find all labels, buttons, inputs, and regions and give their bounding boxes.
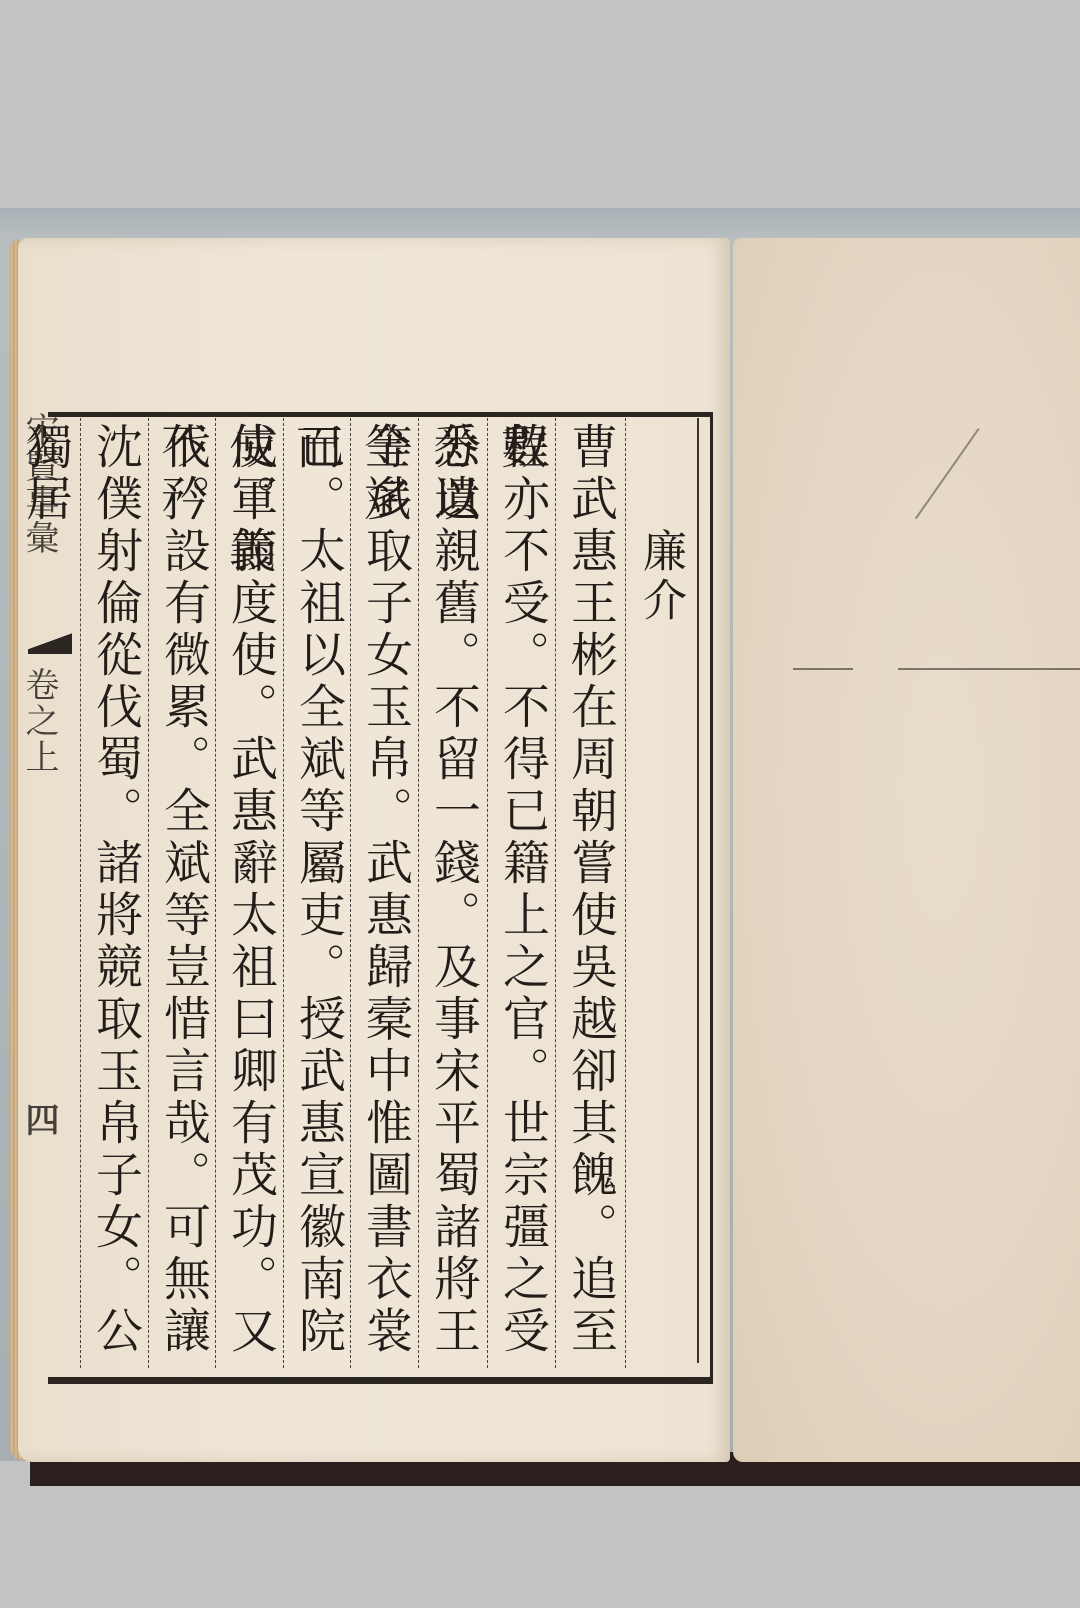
text-column-5: 已。太祖以全斌等屬吏。授武惠宣徽南院使。義 xyxy=(283,418,353,1368)
ghost-frame-line xyxy=(898,668,1080,670)
text-column-3: 分遺親舊。不留一錢。及事宋平蜀諸將王全斌 xyxy=(418,418,488,1368)
right-page xyxy=(733,238,1080,1462)
fishtail-mark xyxy=(28,632,72,654)
print-frame-inner-rule xyxy=(697,418,699,1363)
text-column-4: 等多取子女玉帛。武惠歸槖中惟圖書衣裳而 xyxy=(350,418,420,1368)
banxin-center-strip: 宋賢事彙 卷之上 四 xyxy=(20,412,58,1372)
banxin-volume: 卷之上 xyxy=(20,667,58,775)
text-column-1: 曹武惠王彬在周朝嘗使吳越卻其餽。追至數 xyxy=(555,418,625,1368)
text-column-6: 成軍節度使。武惠辭太祖曰卿有茂功。又不矜 xyxy=(215,418,285,1368)
section-heading: 廉介 xyxy=(625,418,695,1368)
text-column-7: 伐。設有微累。全斌等豈惜言哉。可無讓 xyxy=(148,418,218,1368)
folio-number: 四 xyxy=(20,1102,58,1138)
ghost-frame-line xyxy=(793,668,853,670)
ghost-fishtail xyxy=(915,428,980,519)
text-column-2: 程亦不受。不得已籍上之官。世宗彊之受悉以 xyxy=(487,418,557,1368)
text-column-8: 沈僕射倫從伐蜀。諸將競取玉帛子女。公獨居 xyxy=(80,418,150,1368)
